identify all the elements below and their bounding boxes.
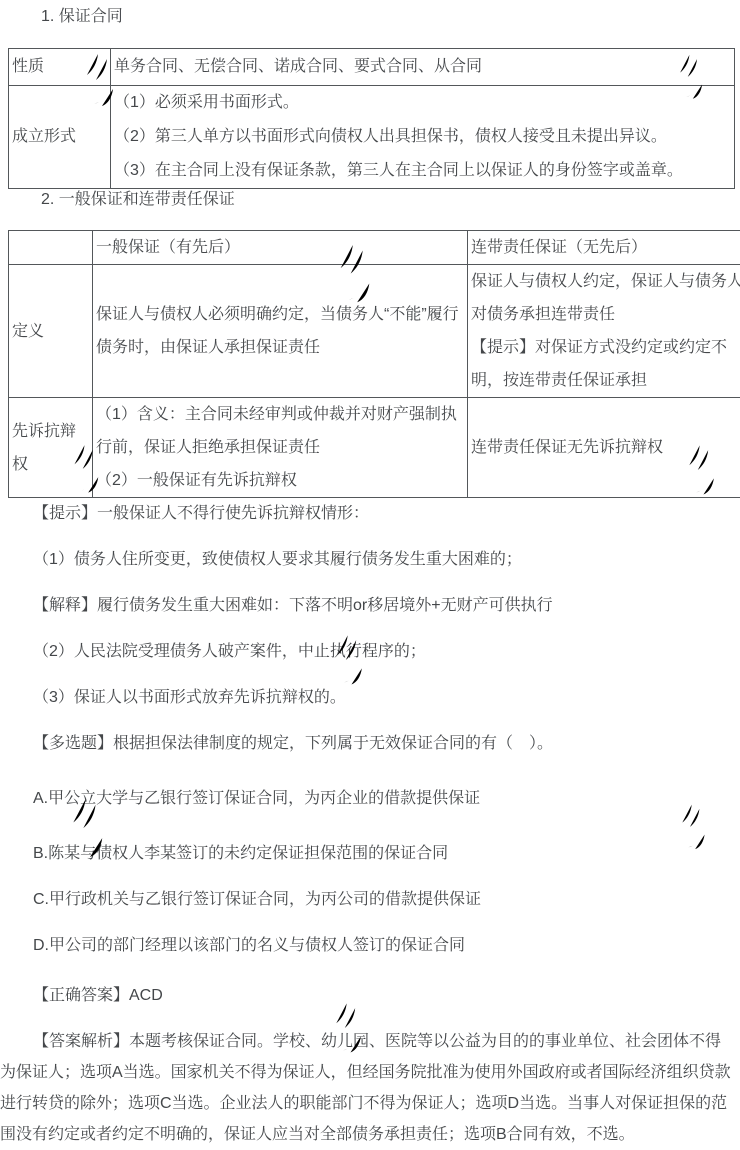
row-label-definition: 定义 [9,265,93,398]
formation-cell: （1）必须采用书面形式。 （2）第三人单方以书面形式向债权人出具担保书，债权人接… [111,86,735,189]
header-cell-general-guarantee: 一般保证（有先后） [93,231,468,265]
correct-answer: 【正确答案】ACD [0,980,740,1011]
case-3-paragraph: （3）保证人以书面形式放弃先诉抗辩权的。 [0,682,740,713]
explain-paragraph: 【解释】履行债务发生重大困难如：下落不明or移居境外+无财产可供执行 [0,590,740,621]
question-paragraph: 【多选题】根据担保法律制度的规定，下列属于无效保证合同的有（ ）。 [0,728,740,759]
definition-general-line: 保证人与债权人必须明确约定，当债务人“不能”履行债务时，由保证人承担保证责任 [96,298,464,364]
definition-joint-note: 【提示】对保证方式没约定或约定不明，按连带责任保证承担 [471,331,740,397]
option-b: B.陈某与债权人李某签订的未约定保证担保范围的保证合同 [0,838,740,869]
guarantee-types-table: 一般保证（有先后） 连带责任保证（无先后） 定义 保证人与债权人必须明确约定，当… [8,230,740,498]
case-1-paragraph: （1）债务人住所变更，致使债权人要求其履行债务发生重大困难的； [0,544,740,575]
plea-general-line: （2）一般保证有先诉抗辩权 [96,464,464,497]
nature-cell-line: 单务合同、无偿合同、诺成合同、要式合同、从合同 [114,50,731,84]
document-page: 1. 保证合同 性质 单务合同、无偿合同、诺成合同、要式合同、从合同 成立形式 … [0,0,740,1150]
case-2-paragraph: （2）人民法院受理债务人破产案件，中止执行程序的； [0,636,740,667]
plea-general-line: （1）含义：主合同未经审判或仲裁并对财产强制执行前，保证人拒绝承担保证责任 [96,398,464,464]
header-cell-empty [9,231,93,265]
plea-joint-line: 连带责任保证无先诉抗辩权 [471,431,740,464]
table-row-definition: 定义 保证人与债权人必须明确约定，当债务人“不能”履行债务时，由保证人承担保证责… [9,265,740,398]
plea-joint-cell: 连带责任保证无先诉抗辩权 [468,398,740,498]
table-row-nature: 性质 单务合同、无偿合同、诺成合同、要式合同、从合同 [9,49,735,86]
option-a: A.甲公立大学与乙银行签订保证合同，为丙企业的借款提供保证 [0,783,740,814]
table-header-row: 一般保证（有先后） 连带责任保证（无先后） [9,231,740,265]
section-heading-guarantee-types: 2. 一般保证和连带责任保证 [0,192,740,208]
table-row-plea-right: 先诉抗辩权 （1）含义：主合同未经审判或仲裁并对财产强制执行前，保证人拒绝承担保… [9,398,740,498]
definition-joint-line: 保证人与债权人约定，保证人与债务人对债务承担连带责任 [471,265,740,331]
formation-cell-line: （2）第三人单方以书面形式向债权人出具担保书，债权人接受且未提出异议。 [114,120,731,154]
row-label-nature: 性质 [9,49,111,86]
row-label-formation: 成立形式 [9,86,111,189]
formation-cell-line: （1）必须采用书面形式。 [114,86,731,120]
answer-analysis: 【答案解析】本题考核保证合同。学校、幼儿园、医院等以公益为目的的事业单位、社会团… [0,1026,740,1150]
formation-cell-line: （3）在主合同上没有保证条款，第三人在主合同上以保证人的身份签字或盖章。 [114,154,731,188]
section-heading-guarantee-contract: 1. 保证合同 [0,9,740,25]
option-d: D.甲公司的部门经理以该部门的名义与债权人签订的保证合同 [0,930,740,961]
hint-paragraph: 【提示】一般保证人不得行使先诉抗辩权情形： [0,498,740,529]
guarantee-contract-table: 性质 单务合同、无偿合同、诺成合同、要式合同、从合同 成立形式 （1）必须采用书… [8,48,735,189]
nature-cell: 单务合同、无偿合同、诺成合同、要式合同、从合同 [111,49,735,86]
definition-general-cell: 保证人与债权人必须明确约定，当债务人“不能”履行债务时，由保证人承担保证责任 [93,265,468,398]
header-cell-joint-liability-guarantee: 连带责任保证（无先后） [468,231,740,265]
table-row-formation: 成立形式 （1）必须采用书面形式。 （2）第三人单方以书面形式向债权人出具担保书… [9,86,735,189]
definition-joint-cell: 保证人与债权人约定，保证人与债务人对债务承担连带责任 【提示】对保证方式没约定或… [468,265,740,398]
row-label-plea-right: 先诉抗辩权 [9,398,93,498]
option-c: C.甲行政机关与乙银行签订保证合同，为丙公司的借款提供保证 [0,884,740,915]
plea-general-cell: （1）含义：主合同未经审判或仲裁并对财产强制执行前，保证人拒绝承担保证责任 （2… [93,398,468,498]
